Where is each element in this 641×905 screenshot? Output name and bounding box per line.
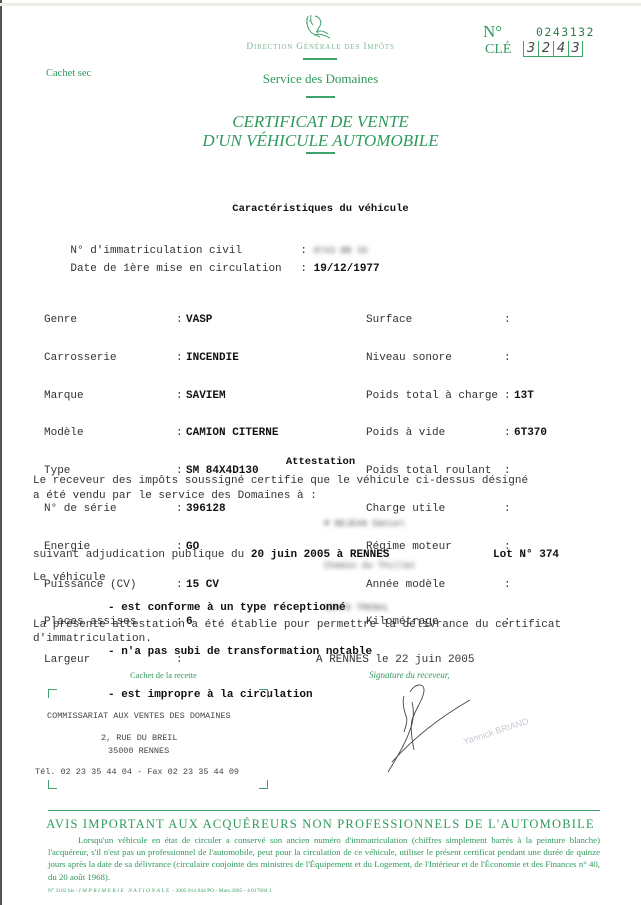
- field-label: Modèle: [44, 427, 176, 441]
- field-row: Genre:VASP: [44, 314, 278, 328]
- buyer-name: M BEJEAN Daniel: [324, 517, 416, 531]
- cle-digits: 3 2 4 3: [523, 41, 583, 57]
- title-line-2: D'UN VÉHICULE AUTOMOBILE: [0, 131, 641, 150]
- field-value: 6T370: [514, 427, 547, 441]
- separator: :: [504, 427, 514, 441]
- field-row: Modèle:CAMION CITERNE: [44, 427, 278, 441]
- adjudication-prefix: suivant adjudication publique du: [33, 549, 251, 561]
- place-date: A RENNES le 22 juin 2005: [316, 654, 474, 666]
- separator: :: [176, 352, 186, 366]
- vehicle-status-list: - est conforme à un type réceptionné - n…: [108, 572, 372, 732]
- separator: :: [504, 314, 514, 328]
- field-value: 13T: [514, 390, 534, 404]
- vehicle-status-item: - est conforme à un type réceptionné: [108, 601, 372, 616]
- lot-number: Lot N° 374: [493, 549, 559, 561]
- separator: :: [176, 503, 186, 517]
- field-value: CAMION CITERNE: [186, 427, 278, 441]
- certificate-number-label: N°: [483, 22, 502, 42]
- adjudication-date-place: 20 juin 2005 à RENNES: [251, 549, 390, 561]
- field-value: 396128: [186, 503, 226, 517]
- stamp-contact: Tél. 02 23 35 44 04 - Fax 02 23 35 44 09: [35, 767, 239, 777]
- title-line-1: CERTIFICAT DE VENTE: [0, 112, 641, 131]
- divider: [306, 152, 335, 154]
- field-label: Niveau sonore: [366, 352, 504, 366]
- adjudication-line: suivant adjudication publique du 20 juin…: [33, 549, 389, 561]
- notice-body: Lorsqu'un véhicule en état de circuler a…: [48, 834, 600, 883]
- lot-value: 374: [539, 549, 559, 561]
- stamp-corner: [259, 780, 268, 789]
- cle-label: CLÉ: [485, 42, 511, 58]
- separator: :: [504, 503, 514, 517]
- imprint-printer: IMPRIMERIE NATIONALE: [79, 888, 171, 894]
- stamp-corner: [48, 689, 57, 698]
- notice-divider: [48, 810, 600, 811]
- field-row: Poids à vide:6T370: [366, 427, 547, 441]
- signature-label: Signature du receveur,: [369, 670, 450, 680]
- field-label: Genre: [44, 314, 176, 328]
- field-label: Carrosserie: [44, 352, 176, 366]
- service-name: Service des Domaines: [0, 71, 641, 87]
- separator: :: [176, 427, 186, 441]
- stamp-address-1: 2, RUE DU BREIL: [101, 733, 178, 743]
- divider: [306, 96, 335, 98]
- vehicle-label: Le véhicule: [33, 572, 106, 584]
- field-value: INCENDIE: [186, 352, 239, 366]
- purpose-line-1: La présente attestation a été établie po…: [33, 619, 561, 631]
- notice-title: AVIS IMPORTANT AUX ACQUÉREURS NON PROFES…: [0, 817, 641, 832]
- characteristics-title: Caractéristiques du véhicule: [0, 203, 641, 215]
- attestation-title: Attestation: [0, 456, 641, 468]
- stamp-organization: COMMISSARIAT AUX VENTES DES DOMAINES: [47, 711, 231, 721]
- field-value: SAVIEM: [186, 390, 226, 404]
- stamp-corner: [259, 689, 268, 698]
- certificate-number: 0243132: [536, 25, 595, 39]
- field-row: Surface:: [366, 314, 547, 328]
- attestation-line-2: a été vendu par le service des Domaines …: [33, 490, 317, 502]
- stamp-label: Cachet de la recette: [130, 670, 197, 680]
- lot-label: Lot N°: [493, 549, 533, 561]
- imprint-prefix: N° 3102 bis -: [48, 888, 79, 894]
- vehicle-status-item: - est impropre à la circulation: [108, 688, 372, 703]
- field-row: Niveau sonore:: [366, 352, 547, 366]
- field-label: N° de série: [44, 503, 176, 517]
- first-date-label: Date de 1ère mise en circulation: [70, 263, 300, 275]
- separator: :: [176, 390, 186, 404]
- document-title: CERTIFICAT DE VENTE D'UN VÉHICULE AUTOMO…: [0, 112, 641, 150]
- field-row: Carrosserie:INCENDIE: [44, 352, 278, 366]
- cle-digit: 3: [568, 41, 583, 56]
- field-row: Poids total à charge:13T: [366, 390, 547, 404]
- handwritten-signature-icon: [380, 680, 490, 780]
- stamp-address-2: 35000 RENNES: [108, 746, 169, 756]
- certificate-page: Direction Générale des Impôts N° 0243132…: [0, 0, 641, 905]
- imprint-line: N° 3102 bis - IMPRIMERIE NATIONALE - 200…: [48, 888, 272, 894]
- scan-edge-top: [0, 3, 641, 6]
- divider: [303, 58, 337, 60]
- field-label: Poids total à charge: [366, 390, 504, 404]
- stamp-corner: [48, 780, 57, 789]
- field-label: Poids à vide: [366, 427, 504, 441]
- separator: :: [504, 579, 514, 593]
- cle-digit: 3: [523, 41, 538, 56]
- buyer-street: Chemin du Thillet: [324, 559, 416, 573]
- first-date-value: 19/12/1977: [314, 263, 380, 275]
- separator: :: [176, 314, 186, 328]
- field-row: Marque:SAVIEM: [44, 390, 278, 404]
- field-label: Surface: [366, 314, 504, 328]
- separator: :: [300, 263, 313, 275]
- cle-digit: 2: [538, 41, 553, 56]
- field-value: VASP: [186, 314, 212, 328]
- field-row: N° de série:396128: [44, 503, 278, 517]
- marianne-logo-icon: [298, 13, 334, 41]
- cle-digit: 4: [553, 41, 568, 56]
- field-label: Marque: [44, 390, 176, 404]
- attestation-line-1: Le receveur des impôts soussigné certifi…: [33, 475, 528, 487]
- separator: :: [504, 390, 514, 404]
- separator: :: [504, 352, 514, 366]
- imprint-suffix: - 2005 014 044 PO - Mars 2005 - 4 017084…: [171, 888, 272, 894]
- first-date-row: Date de 1ère mise en circulation: 19/12/…: [44, 251, 380, 287]
- purpose-line-2: d'immatriculation.: [33, 633, 152, 645]
